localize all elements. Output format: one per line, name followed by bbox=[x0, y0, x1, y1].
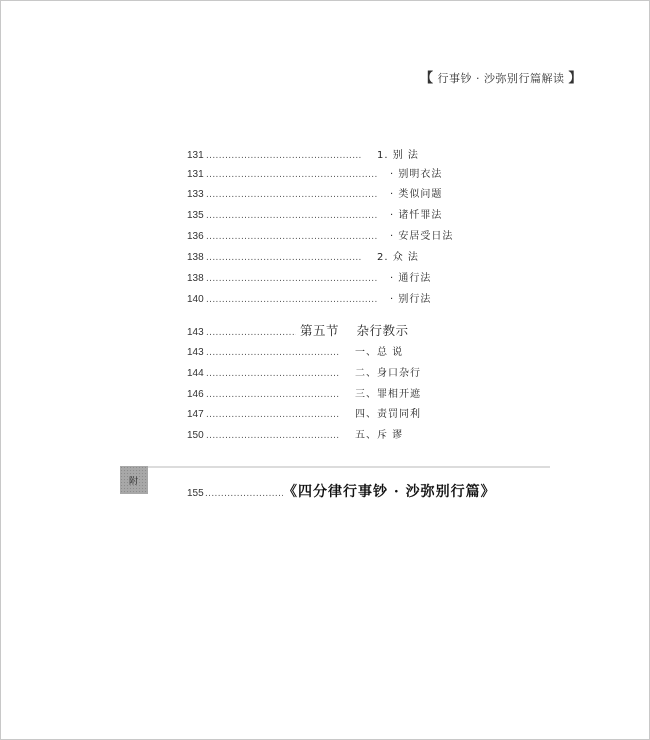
toc-leader-dots: ........................................… bbox=[206, 346, 340, 360]
running-header: 【 行事钞 · 沙弥别行篇解读 】 bbox=[420, 67, 582, 86]
toc-entry[interactable]: 143 ....................................… bbox=[187, 346, 487, 360]
toc-entry[interactable]: 135 ....................................… bbox=[187, 209, 487, 223]
toc-leader-dots: ........................................… bbox=[206, 367, 340, 381]
toc-entry[interactable]: 133 ....................................… bbox=[187, 188, 487, 202]
toc-page-number: 131 bbox=[187, 149, 204, 163]
toc-title: 三、罪相开遮 bbox=[355, 388, 421, 402]
toc-page-number: 144 bbox=[187, 367, 204, 381]
appendix-page-number: 155 bbox=[187, 485, 204, 503]
toc-leader-dots: ........................................… bbox=[206, 251, 362, 265]
toc-section-entry[interactable]: 143 ....................................… bbox=[187, 326, 487, 340]
header-close-bracket: 】 bbox=[569, 71, 583, 86]
toc-entry[interactable]: 144 ....................................… bbox=[187, 367, 487, 381]
toc-page-number: 147 bbox=[187, 408, 204, 422]
toc-page-number: 135 bbox=[187, 209, 204, 223]
toc-page-number: 133 bbox=[187, 188, 204, 202]
toc-leader-dots: ........................................… bbox=[206, 168, 378, 182]
toc-leader-dots: ........................................… bbox=[206, 272, 378, 286]
toc-leader-dots: ........................................… bbox=[206, 188, 378, 202]
toc-title: 四、责罚同利 bbox=[355, 408, 421, 422]
toc-title: 1. 别 法 bbox=[377, 149, 419, 163]
appendix-label: 附 bbox=[129, 474, 138, 487]
toc-leader-dots: ........................................… bbox=[206, 429, 340, 443]
toc-page-number: 146 bbox=[187, 388, 204, 402]
toc-entry[interactable]: 131 ....................................… bbox=[187, 168, 487, 182]
header-title: 行事钞 · 沙弥别行篇解读 bbox=[438, 72, 565, 85]
toc-page-number: 138 bbox=[187, 251, 204, 265]
header-open-bracket: 【 bbox=[420, 71, 434, 86]
toc-entry[interactable]: 138 ....................................… bbox=[187, 251, 487, 265]
toc-page-number: 150 bbox=[187, 429, 204, 443]
toc-title: · 别明衣法 bbox=[390, 168, 442, 182]
toc-entry[interactable]: 147 ....................................… bbox=[187, 408, 487, 422]
toc-leader-dots: ........................................… bbox=[206, 408, 340, 422]
toc-title: 2. 众 法 bbox=[377, 251, 419, 265]
toc-entry[interactable]: 138 ....................................… bbox=[187, 272, 487, 286]
toc-page-number: 136 bbox=[187, 230, 204, 244]
toc-leader-dots: ........................................… bbox=[206, 230, 378, 244]
toc-entry[interactable]: 136 ....................................… bbox=[187, 230, 487, 244]
toc-title: · 通行法 bbox=[390, 272, 431, 286]
toc-title: 五、斥 谬 bbox=[355, 429, 403, 443]
toc-page-number: 140 bbox=[187, 293, 204, 307]
toc-title: · 安居受日法 bbox=[390, 230, 453, 244]
toc-entry[interactable]: 131 ....................................… bbox=[187, 149, 487, 163]
toc-title: 二、身口杂行 bbox=[355, 367, 421, 381]
toc-leader-dots: ........................................… bbox=[206, 388, 340, 402]
appendix-leader-dots: ........................................… bbox=[205, 485, 283, 503]
toc-title: 一、总 说 bbox=[355, 346, 403, 360]
toc-entry[interactable]: 150 ....................................… bbox=[187, 429, 487, 443]
toc-title: · 类似问题 bbox=[390, 188, 442, 202]
toc-leader-dots: ........................................… bbox=[206, 326, 296, 340]
toc-leader-dots: ........................................… bbox=[206, 293, 378, 307]
toc-section-title: 第五节 杂行教示 bbox=[300, 324, 408, 338]
toc-page-number: 143 bbox=[187, 346, 204, 360]
toc-entry[interactable]: 146 ....................................… bbox=[187, 388, 487, 402]
toc-leader-dots: ........................................… bbox=[206, 209, 378, 223]
appendix-title: 《四分律行事钞 · 沙弥别行篇》 bbox=[283, 483, 496, 501]
toc-title: · 别行法 bbox=[390, 293, 431, 307]
toc-page-number: 131 bbox=[187, 168, 204, 182]
toc-title: · 诸忏罪法 bbox=[390, 209, 442, 223]
appendix-divider bbox=[120, 466, 550, 468]
toc-page-number: 143 bbox=[187, 326, 204, 340]
toc-entry[interactable]: 140 ....................................… bbox=[187, 293, 487, 307]
toc-leader-dots: ........................................… bbox=[206, 149, 362, 163]
toc-page-number: 138 bbox=[187, 272, 204, 286]
